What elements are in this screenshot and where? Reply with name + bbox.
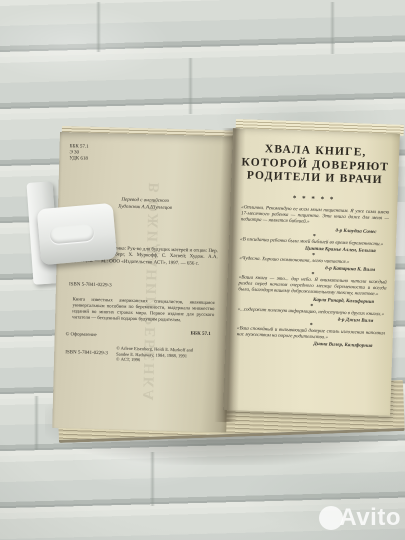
praise-quotes-list: «Отлична. Рекомендую ее всем моим пациен… <box>236 205 389 350</box>
praise-quote: «Ваша книга — это... дар неба. Я внимате… <box>238 275 387 312</box>
book-left-page: В ОЖИДАНИИ РЕБЕНКА ББК 57.1 Э 30 УДК 618… <box>52 132 234 432</box>
book-right-page: ХВАЛА КНИГЕ, КОТОРОЙ ДОВЕРЯЮТ РОДИТЕЛИ И… <box>223 128 400 416</box>
brick-mortar-joint <box>34 396 39 450</box>
book-stand-clamp-button <box>49 224 94 245</box>
copyright-block: © Arlene Eisenberg, Heidi E. Murkoff and… <box>116 346 193 365</box>
isbn-number-bottom: ISBN 5-7841-0229-3 <box>65 350 108 356</box>
edition-note: © Оформление <box>66 332 97 338</box>
praise-page-title: ХВАЛА КНИГЕ, КОТОРОЙ ДОВЕРЯЮТ РОДИТЕЛИ И… <box>231 142 399 188</box>
udk-code: УДК 618 <box>69 156 88 162</box>
brick-mortar-joint <box>96 2 101 52</box>
classification-codes: ББК 57.1 Э 30 УДК 618 <box>69 144 89 162</box>
avito-watermark-text: Avito <box>339 504 401 532</box>
brick-mortar-joint <box>188 58 193 114</box>
book-annotation: Книга известных американских специалисто… <box>72 297 215 325</box>
book-stand-left-clamp <box>37 203 118 265</box>
avito-watermark: Avito <box>319 504 401 532</box>
praise-quote: «Отлична. Рекомендую ее всем моим пациен… <box>240 205 389 242</box>
isbn-number: ISBN 5-7841-0229-3 <box>69 282 112 288</box>
praise-quote: «Ваш спокойный и вызывающий доверие стил… <box>236 326 385 351</box>
brick-mortar-joint <box>330 2 335 54</box>
asterisk-divider: * * * * * <box>230 192 397 206</box>
bbk-note: ББК 57.1 <box>190 331 210 337</box>
